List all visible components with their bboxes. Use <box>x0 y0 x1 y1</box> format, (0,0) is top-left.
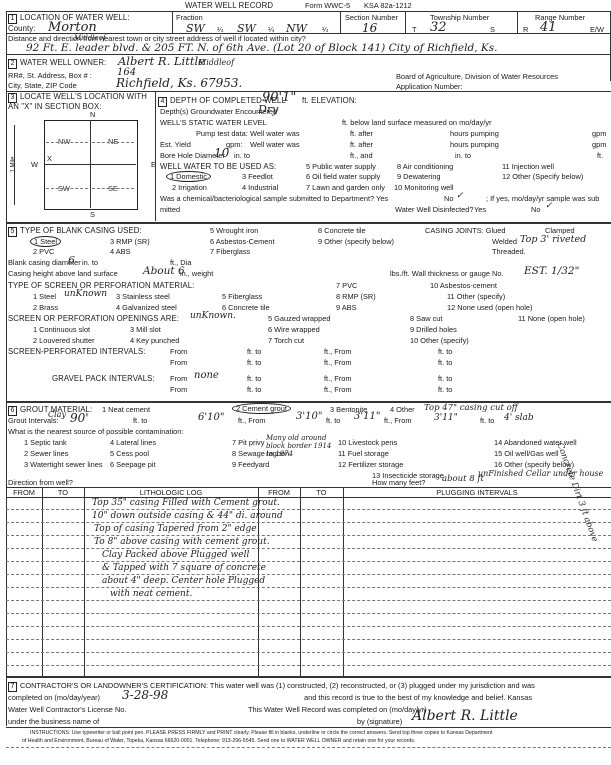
screen-galvanized[interactable]: 4 Galvanized steel <box>116 303 177 312</box>
log-line-1[interactable]: Top 35" casing Filled with Cement grout. <box>92 498 280 508</box>
yield-gpm: gpm <box>592 140 606 149</box>
contam-livestock-pens[interactable]: 10 Livestock pens <box>338 438 397 447</box>
pump-gpm: gpm <box>592 129 606 138</box>
gravel-pack-field[interactable]: none <box>194 370 219 381</box>
diameter-in-to: in. to <box>82 258 98 267</box>
grout-to-2[interactable]: 3'11" <box>354 411 380 422</box>
casing-wrought-iron[interactable]: 5 Wrought iron <box>210 226 258 235</box>
gravel-from-2: ft., From <box>324 374 352 383</box>
license-label: Water Well Contractor's License No. <box>8 705 126 714</box>
how-many-feet-field[interactable]: about 8 ft <box>442 474 484 484</box>
grout-to-1[interactable]: 6'10" <box>198 412 224 423</box>
screen-stainless[interactable]: 3 Stainless steel <box>116 292 170 301</box>
use-lawn-garden[interactable]: 7 Lawn and garden only <box>306 183 385 192</box>
address-label: RR#, St. Address, Box # : <box>8 71 92 80</box>
screen-from-3: From <box>170 358 187 367</box>
screen-from-1: From <box>170 347 187 356</box>
bore-in-to-2: in. to <box>455 151 471 160</box>
log-header-from-2: FROM <box>258 488 300 497</box>
section-grid[interactable] <box>44 120 138 210</box>
casing-concrete-tile[interactable]: 8 Concrete tile <box>318 226 366 235</box>
wall-thickness-field[interactable]: EST. 1/32" <box>524 265 579 277</box>
log-line-5[interactable]: Clay Packed above Plugged well <box>102 550 249 560</box>
yield-well-water-label: Well water was <box>250 140 300 149</box>
city-label: City, State, ZIP Code <box>8 81 77 90</box>
contam-watertight-sewer[interactable]: 3 Watertight sewer lines <box>24 460 103 469</box>
casing-other[interactable]: 9 Other (specify below) <box>318 237 394 246</box>
grout-cement-grout[interactable]: 2 Cement grout <box>232 404 291 413</box>
gravel-pack-label: GRAVEL PACK INTERVALS: <box>52 374 155 383</box>
screen-from-4: ft., From <box>324 358 352 367</box>
gravel-to-3: ft. to <box>247 385 261 394</box>
opening-mill-slot[interactable]: 3 Mill slot <box>130 325 161 334</box>
form-title: WATER WELL RECORD <box>185 1 273 10</box>
joint-threaded[interactable]: Threaded. <box>492 247 526 256</box>
log-line-3[interactable]: Top of casing Tapered from 2" edge <box>94 524 257 534</box>
pit-privy-note: Many old around block border 1914 to 197… <box>266 434 338 458</box>
gravel-to-4: ft. to <box>438 385 452 394</box>
pump-hours: hours pumping <box>450 129 499 138</box>
groundwater-field-1[interactable]: Dry <box>258 103 278 116</box>
west-label: W <box>31 160 38 169</box>
grout-from-label-2: ft., From <box>238 416 266 425</box>
opening-continuous-slot[interactable]: 1 Continuous slot <box>33 325 90 334</box>
contam-seepage-pit[interactable]: 6 Seepage pit <box>110 460 156 469</box>
opening-key-punched[interactable]: 4 Key punched <box>130 336 179 345</box>
business-name-label: under the business name of <box>8 717 99 726</box>
application-label: Application Number: <box>396 82 463 91</box>
screen-rmp[interactable]: 8 RMP (SR) <box>336 292 376 301</box>
use-label: WELL WATER TO BE USED AS: <box>160 162 276 171</box>
owner-field[interactable]: Albert R. Little <box>118 54 205 68</box>
sample-no-checkmark[interactable]: ✓ <box>456 191 464 201</box>
contam-fuel-storage[interactable]: 11 Fuel storage <box>338 449 389 458</box>
opening-wire-wrapped[interactable]: 6 Wire wrapped <box>268 325 320 334</box>
use-industrial[interactable]: 4 Industrial <box>242 183 278 192</box>
joint-welded[interactable]: Welded <box>492 237 517 246</box>
log-header-plugging: PLUGGING INTERVALS <box>343 488 611 497</box>
screen-steel[interactable]: 1 Steel <box>33 292 56 301</box>
screen-to-3: ft. to <box>247 358 261 367</box>
static-level-suffix: ft. below land surface measured on mo/da… <box>342 118 492 127</box>
grout-to-3[interactable]: 4' slab <box>504 413 534 423</box>
screen-asbestos-cement[interactable]: 10 Asbestos-cement <box>430 281 497 290</box>
well-location-mark: X <box>47 154 52 163</box>
gravel-from-1: From <box>170 374 187 383</box>
casing-pvc[interactable]: 2 PVC <box>33 247 54 256</box>
completed-date-field[interactable]: 3-28-98 <box>122 688 168 702</box>
pump-test-label: Pump test data: <box>196 129 248 138</box>
disinfected-label: Water Well Disinfected? <box>395 205 473 214</box>
disinfected-no: No <box>531 205 540 214</box>
signature-field[interactable]: Albert R. Little <box>412 708 518 724</box>
yield-hours: hours pumping <box>450 140 499 149</box>
grout-to-label-3: ft. to <box>480 416 494 425</box>
use-air-conditioning[interactable]: 8 Air conditioning <box>397 162 453 171</box>
sample-no-label: No <box>444 194 453 203</box>
contam-oil-gas-well[interactable]: 15 Oil well/Gas well <box>494 449 558 458</box>
section3-label: 3LOCATE WELL'S LOCATION WITH AN "X" IN S… <box>8 93 158 111</box>
direction-label: Direction from well? <box>8 478 73 487</box>
grout-intervals-note: Clay <box>48 410 66 419</box>
use-injection-well[interactable]: 11 Injection well <box>502 162 554 171</box>
contam-other[interactable]: 16 Other (specify below) <box>494 460 574 469</box>
record-completed-label: This Water Well Record was completed on … <box>248 705 427 714</box>
log-line-2[interactable]: 10" down outside casing & 44" di. around <box>92 511 283 521</box>
gravel-to-2: ft. to <box>438 374 452 383</box>
grout-to-label-2: ft. to <box>326 416 340 425</box>
bore-ft-and: ft., and <box>350 151 373 160</box>
screen-to-1: ft. to <box>247 347 261 356</box>
opening-none[interactable]: 11 None (open hole) <box>518 314 585 323</box>
distance-field[interactable]: 92 Ft. E. leader blvd. & 205 FT. N. of 6… <box>26 42 497 54</box>
opening-drilled[interactable]: 9 Drilled holes <box>410 325 457 334</box>
bore-in-to: in. to <box>234 151 250 160</box>
screen-other[interactable]: 11 Other (specify) <box>447 292 505 301</box>
contam-abandoned-well[interactable]: 14 Abandoned water well <box>494 438 577 447</box>
log-header-to: TO <box>42 488 84 497</box>
log-header-to-2: TO <box>300 488 343 497</box>
screen-none-used[interactable]: 12 None used (open hole) <box>447 303 532 312</box>
signature-label: by (signature) <box>357 717 402 726</box>
log-line-8[interactable]: with neat cement. <box>110 589 192 599</box>
bore-field[interactable]: 10 <box>214 146 229 160</box>
pump-ft-after: ft. after <box>350 129 373 138</box>
elevation-label: ft. ELEVATION: <box>302 96 357 105</box>
use-domestic[interactable]: 1 Domestic <box>166 172 211 181</box>
grout-from-1[interactable]: 90' <box>70 411 89 425</box>
how-many-feet-label: How many feet? <box>372 478 425 487</box>
section2-label: 2WATER WELL OWNER: <box>8 58 106 69</box>
casing-height-field[interactable]: About 6 <box>143 265 185 277</box>
contam-feedyard[interactable]: 9 Feedyard <box>232 460 269 469</box>
screen-fiberglass[interactable]: 5 Fiberglass <box>222 292 262 301</box>
casing-steel[interactable]: 1 Steel <box>30 237 61 246</box>
sample-date-label: ; If yes, mo/day/yr sample was sub <box>486 194 599 203</box>
gravel-from-4: ft., From <box>324 385 352 394</box>
south-label: S <box>90 210 95 219</box>
contam-cess-pool[interactable]: 5 Cess pool <box>110 449 149 458</box>
board-label: Board of Agriculture, Division of Water … <box>396 72 558 81</box>
city-field[interactable]: Richfield, Ks. 67953. <box>116 76 242 90</box>
pump-well-water-label: Well water was <box>250 129 300 138</box>
grout-from-2[interactable]: 3'10" <box>296 411 322 422</box>
grout-neat-cement[interactable]: 1 Neat cement <box>102 405 150 414</box>
sample-tail: mitted <box>160 205 180 214</box>
contam-other-field[interactable]: unFinished Cellar under house <box>478 469 603 478</box>
yield-ft-after: ft. after <box>350 140 373 149</box>
completed-label: completed on (mo/day/year) <box>8 693 100 702</box>
county-label: County: <box>8 24 36 33</box>
casing-rmp[interactable]: 3 RMP (SR) <box>110 237 150 246</box>
log-line-7[interactable]: about 4" deep. Center hole Plugged <box>102 576 265 586</box>
disinfected-no-checkmark[interactable]: ✓ <box>545 201 553 211</box>
wall-thickness-label: lbs./ft. Wall thickness or gauge No. <box>390 269 504 278</box>
form-statute: KSA 82a-1212 <box>364 1 412 10</box>
screen-intervals-label: SCREEN-PERFORATED INTERVALS: <box>8 347 146 356</box>
casing-asbestos-cement[interactable]: 6 Asbestos-Cement <box>210 237 275 246</box>
form-id: Form WWC-5 <box>305 1 350 10</box>
use-other[interactable]: 12 Other (Specify below) <box>502 172 583 181</box>
use-dewatering[interactable]: 9 Dewatering <box>397 172 441 181</box>
true-record-label: and this record is true to the best of m… <box>304 693 532 702</box>
welded-field[interactable]: Top 3' riveted <box>520 234 586 245</box>
log-header-lithologic: LITHOLOGIC LOG <box>84 488 258 497</box>
casing-label: 5TYPE OF BLANK CASING USED: <box>8 226 142 237</box>
grout-to-label-1: ft. to <box>133 416 147 425</box>
opening-louvered[interactable]: 2 Louvered shutter <box>33 336 95 345</box>
distance-insert: Middleof <box>74 34 106 42</box>
north-label: N <box>90 110 95 119</box>
screen-to-4: ft. to <box>438 358 452 367</box>
screen-from-2: ft., From <box>324 347 352 356</box>
contam-septic-tank[interactable]: 1 Septic tank <box>24 438 67 447</box>
contam-lateral-lines[interactable]: 4 Lateral lines <box>110 438 156 447</box>
gravel-from-3: From <box>170 385 187 394</box>
log-line-4[interactable]: To 8" above casing with cement grout. <box>94 537 270 547</box>
use-monitoring-well[interactable]: 10 Monitoring well <box>394 183 454 192</box>
casing-fiberglass[interactable]: 7 Fiberglass <box>210 247 250 256</box>
certification-label: 7CONTRACTOR'S OR LANDOWNER'S CERTIFICATI… <box>8 681 535 692</box>
casing-diameter-field[interactable]: 6 <box>68 254 75 267</box>
disinfected-yes[interactable]: Yes <box>474 205 486 214</box>
grout-from-label-3: ft., From <box>384 416 412 425</box>
owner-insert: Middleof <box>198 58 234 67</box>
contam-sewer-lines[interactable]: 2 Sewer lines <box>24 449 68 458</box>
log-line-6[interactable]: & Tapped with 7 square of concrete <box>102 563 266 573</box>
static-level-label: WELL'S STATIC WATER LEVEL <box>160 118 267 127</box>
contamination-label: What is the nearest source of possible c… <box>8 427 183 436</box>
opening-gauzed[interactable]: 5 Gauzed wrapped <box>268 314 330 323</box>
gravel-to-1: ft. to <box>247 374 261 383</box>
casing-weight-label: in., weight <box>180 269 213 278</box>
opening-torch-cut[interactable]: 7 Torch cut <box>268 336 304 345</box>
contam-pit-privy[interactable]: 7 Pit privy <box>232 438 264 447</box>
est-yield-label: Est. Yield <box>160 140 191 149</box>
grout-other[interactable]: 4 Other <box>390 405 415 414</box>
instructions-line-1: INSTRUCTIONS: Use typewriter or ball poi… <box>30 730 492 737</box>
bore-ft: ft. <box>597 151 603 160</box>
casing-abs[interactable]: 4 ABS <box>110 247 131 256</box>
sample-question: Was a chemical/bacteriological sample su… <box>160 194 388 203</box>
casing-height-label: Casing height above land surface <box>8 269 118 278</box>
screen-abs[interactable]: 9 ABS <box>336 303 357 312</box>
log-header-from: FROM <box>6 488 42 497</box>
screen-pvc[interactable]: 7 PVC <box>336 281 357 290</box>
screen-steel-note: unKnown <box>64 289 107 299</box>
opening-other[interactable]: 10 Other (specify) <box>410 336 469 345</box>
opening-saw-cut[interactable]: 8 Saw cut <box>410 314 442 323</box>
openings-label: SCREEN OR PERFORATION OPENINGS ARE: <box>8 314 179 323</box>
screen-brass[interactable]: 2 Brass <box>33 303 58 312</box>
use-oil-field[interactable]: 6 Oil field water supply <box>306 172 380 181</box>
openings-field[interactable]: unKnown. <box>190 311 236 321</box>
grout-from-3[interactable]: 3'11" <box>434 413 458 423</box>
use-public-supply[interactable]: 5 Public water supply <box>306 162 376 171</box>
fraction-label: Fraction <box>176 13 203 22</box>
screen-to-2: ft. to <box>438 347 452 356</box>
casing-joints-label: CASING JOINTS: Glued <box>425 226 506 235</box>
contam-fertilizer[interactable]: 12 Fertilizer storage <box>338 460 403 469</box>
instructions-line-2: of Health and Environment, Bureau of Wat… <box>22 738 415 745</box>
use-irrigation[interactable]: 2 Irrigation <box>172 183 207 192</box>
grout-other-field[interactable]: Top 47" casing cut off <box>424 403 518 413</box>
use-feedlot[interactable]: 3 Feedlot <box>242 172 273 181</box>
